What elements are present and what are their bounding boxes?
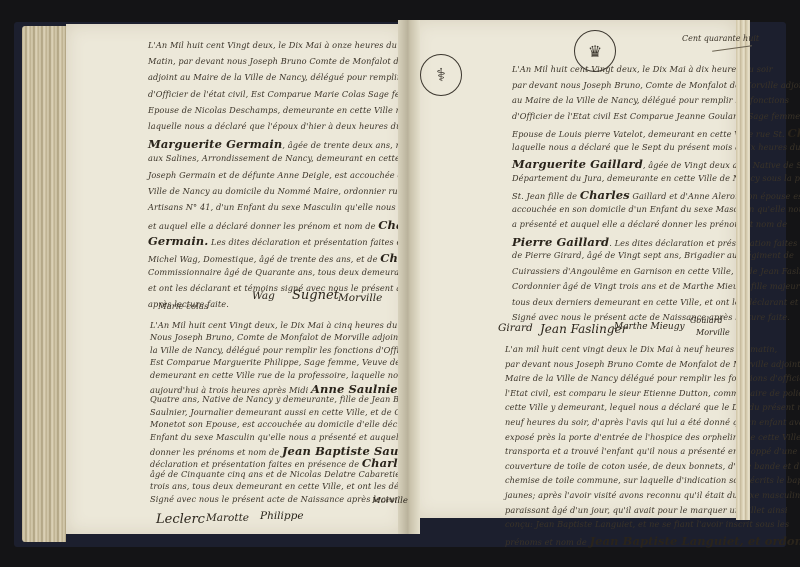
registered-name: Jean Baptiste Languiet, et ordonné (590, 534, 800, 548)
handwritten-line: prénoms et nom de Jean Baptiste Languiet… (505, 534, 800, 548)
signature: Morville (338, 292, 382, 304)
handwritten-line: tous deux derniers demeurant en cette Vi… (512, 297, 800, 307)
signature: Marthe Mieugy (614, 322, 685, 332)
handwritten-line: couverture de toile de coton usée, de de… (505, 461, 800, 471)
handwritten-line: St. Jean fille de Charles Gaillard et d'… (512, 188, 800, 202)
handwritten-line: Michel Wag, Domestique, âgé de trente de… (148, 251, 430, 265)
signature: Morville (696, 328, 730, 337)
signature: Girard (498, 322, 533, 334)
signature: Sugnet (292, 288, 339, 303)
registered-name: Germain. (148, 234, 208, 248)
handwritten-line: chemise de toile commune, sur laquelle d… (505, 475, 800, 485)
right-page: L'An Mil huit cent Vingt deux, le Dix Ma… (414, 20, 736, 518)
handwritten-line: Quatre ans, Native de Nancy y demeurante… (150, 394, 428, 404)
handwritten-line: jaunes; après l'avoir visité avons recon… (505, 490, 800, 500)
registered-name: Marguerite Germain (148, 137, 282, 151)
handwritten-line: Cordonnier âgé de Vingt trois ans et de … (512, 281, 800, 291)
handwritten-line: Cuirassiers d'Angoulême en Garnison en c… (512, 266, 800, 276)
handwritten-line: Pierre Gaillard. Les dites déclaration e… (512, 235, 800, 249)
handwritten-line: d'Officier de l'Etat civil Est Comparue … (512, 111, 800, 121)
handwritten-line: exposé près la porte d'entrée de l'hospi… (505, 432, 800, 442)
signature: Wag (252, 290, 275, 302)
handwritten-line: par devant nous Joseph Bruno Comte de Mo… (505, 359, 800, 369)
signature: Marotte (206, 512, 249, 524)
handwritten-line: de Pierre Girard, âgé de Vingt sept ans,… (512, 250, 794, 260)
handwritten-line: accouchée en son domicile d'un Enfant du… (512, 204, 800, 214)
handwritten-line: d'Officier de l'état civil, Est Comparue… (148, 89, 420, 99)
handwritten-line: neuf heures du soir, d'après l'avis qui … (505, 417, 800, 427)
handwritten-line: L'An Mil huit cent Vingt deux, le Dix Ma… (148, 40, 397, 50)
signature: Leclerc (156, 512, 205, 527)
signature: Goulard (690, 316, 723, 325)
registered-name: Charles (580, 188, 630, 202)
handwritten-line: laquelle nous a déclaré que le Sept du p… (512, 142, 800, 152)
left-page: L'An Mil huit cent Vingt deux, le Dix Ma… (66, 24, 404, 534)
handwritten-line: cette Ville y demeurant, lequel nous a d… (505, 402, 800, 412)
handwritten-line: Ville de Nancy au domicile du Nommé Mair… (148, 186, 420, 196)
handwritten-line: Marguerite Gaillard, âgée de Vingt deux … (512, 157, 800, 171)
registered-name: Charles (787, 126, 800, 140)
handwritten-line: Epouse de Louis pierre Vatelot, demeuran… (512, 126, 800, 140)
handwritten-line: par devant nous Joseph Bruno, Comte de M… (512, 80, 800, 90)
handwritten-line: et auquel elle a déclaré donner les prén… (148, 218, 428, 232)
handwritten-line: conçu: Jean Baptiste Languiet, et ne se … (505, 519, 789, 529)
handwritten-line: Joseph Germain et de défunte Anne Deigle… (148, 170, 432, 180)
handwritten-line: L'An Mil huit cent Vingt deux, le Dix Ma… (512, 64, 773, 74)
crowned-monogram-seal-icon: ♛ (574, 30, 616, 72)
signature: Morville (372, 496, 408, 506)
seated-allegory-stamp-icon: ⚕ (420, 54, 462, 96)
folio-number: Cent quarante huit (682, 34, 759, 43)
registered-name: Pierre Gaillard (512, 235, 609, 249)
book-gutter (398, 20, 420, 534)
page-edges-left (22, 26, 66, 542)
handwritten-line: Maire de la Ville de Nancy délégué pour … (505, 373, 800, 383)
registered-name: Marguerite Gaillard (512, 157, 643, 171)
handwritten-line: transporta et a trouvé l'enfant qu'il no… (505, 446, 797, 456)
handwritten-line: Département du Jura, demeurante en cette… (512, 173, 800, 183)
margin-note: Marie colas (158, 302, 208, 312)
signature: Philippe (260, 510, 304, 522)
page-edges-right (736, 20, 750, 520)
handwritten-line: l'Etat civil, est comparu le sieur Etien… (505, 388, 800, 398)
